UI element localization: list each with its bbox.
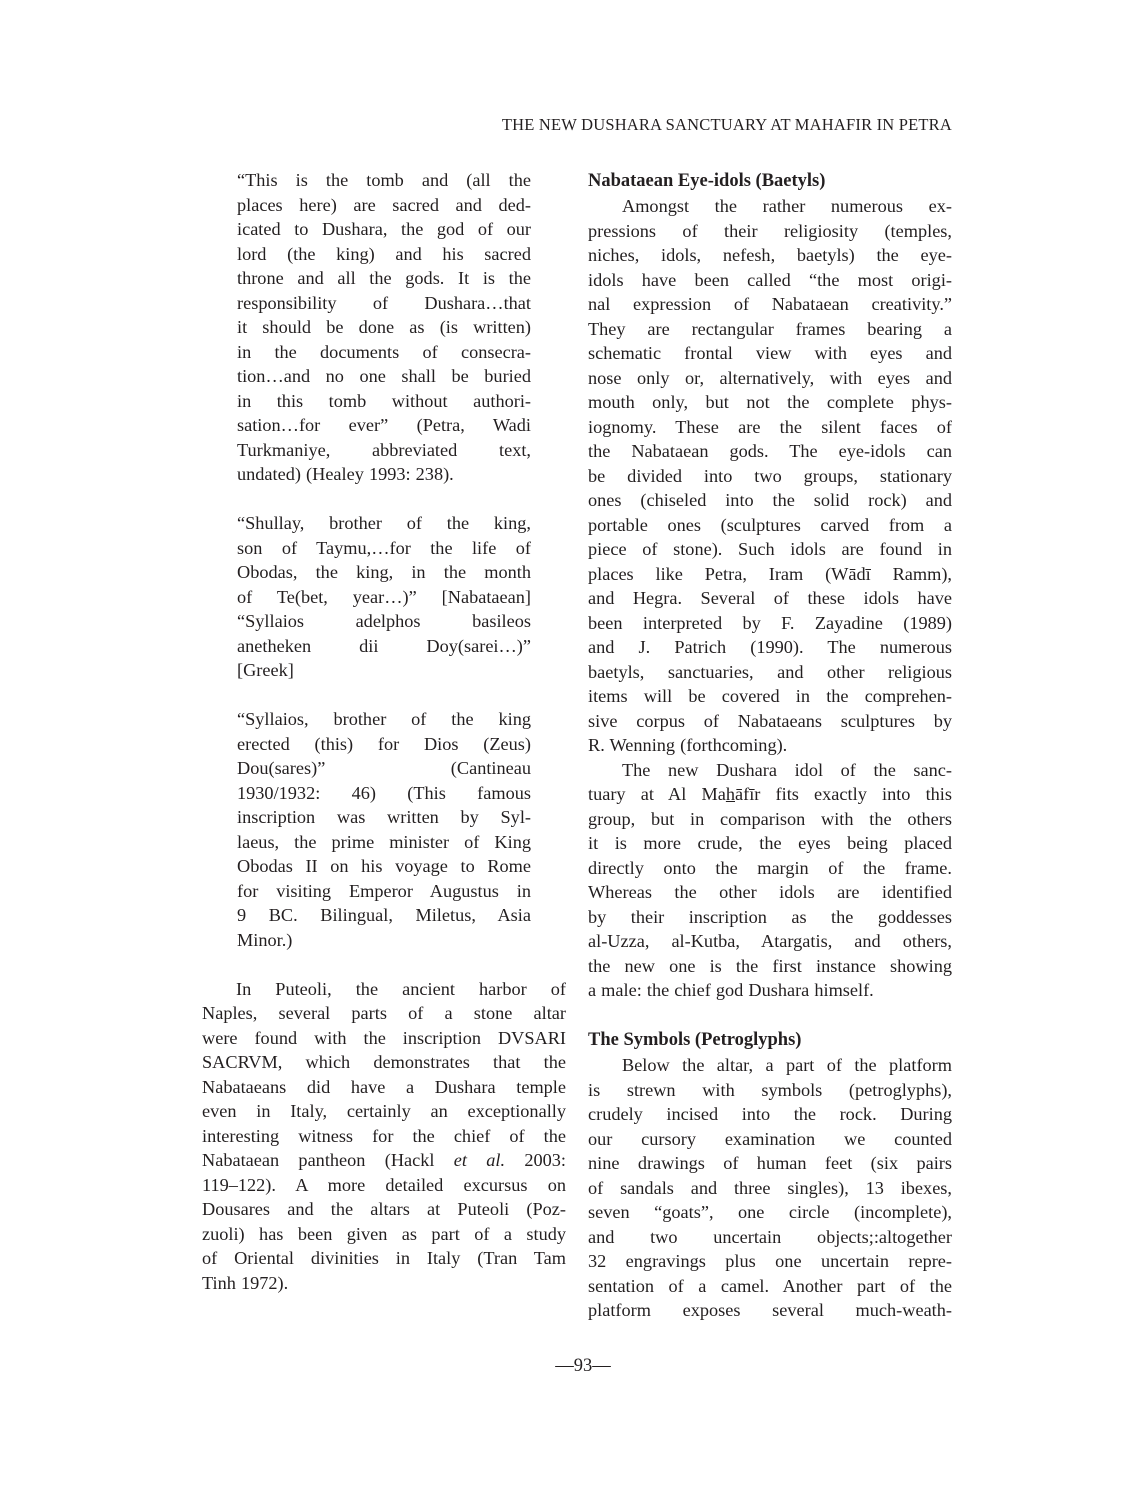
text-line: “Syllaios, brother of the king bbox=[237, 707, 531, 732]
text-line: “Shullay, brother of the king, bbox=[237, 511, 531, 536]
block-quote-tomb-inscription: “This is the tomb and (all the places he… bbox=[202, 168, 566, 487]
text-line: interesting witness for the chief of the bbox=[202, 1124, 566, 1149]
text-line: in the documents of consecra- bbox=[237, 340, 531, 365]
text-fragment: tuary at Al Ma bbox=[588, 784, 726, 804]
text-line: iognomy. These are the silent faces of bbox=[588, 415, 952, 440]
text-line: 32 engravings plus one uncertain repre- bbox=[588, 1249, 952, 1274]
text-line: it is more crude, the eyes being placed bbox=[588, 831, 952, 856]
text-line: 1930/1932: 46) (This famous bbox=[237, 781, 531, 806]
text-line: [Greek] bbox=[237, 658, 531, 683]
text-line: even in Italy, certainly an exceptionall… bbox=[202, 1099, 566, 1124]
text-line: SACRVM, which demonstrates that the bbox=[202, 1050, 566, 1075]
text-line: son of Taymu,…for the life of bbox=[237, 536, 531, 561]
paragraph-eye-idols: Amongst the rather numerous ex- pression… bbox=[588, 194, 952, 758]
text-line: Whereas the other idols are identified bbox=[588, 880, 952, 905]
text-line: Tinh 1972). bbox=[202, 1271, 566, 1296]
text-line: places here) are sacred and ded- bbox=[237, 193, 531, 218]
text-line: of Te(bet, year…)” [Nabataean] bbox=[237, 585, 531, 610]
text-line: Obodas II on his voyage to Rome bbox=[237, 854, 531, 879]
text-line: sive corpus of Nabataeans sculptures by bbox=[588, 709, 952, 734]
text-line: ones (chiseled into the solid rock) and bbox=[588, 488, 952, 513]
text-line: “Syllaios adelphos basileos bbox=[237, 609, 531, 634]
text-line: of sandals and three singles), 13 ibexes… bbox=[588, 1176, 952, 1201]
block-quote-shullay-inscription: “Shullay, brother of the king, son of Ta… bbox=[202, 511, 566, 683]
text-line: nal expression of Nabataean creativity.” bbox=[588, 292, 952, 317]
text-line: by their inscription as the goddesses bbox=[588, 905, 952, 930]
text-line: idols have been called “the most origi- bbox=[588, 268, 952, 293]
underlined-h: h bbox=[726, 784, 735, 804]
text-line: lord (the king) and his sacred bbox=[237, 242, 531, 267]
text-line: group, but in comparison with the others bbox=[588, 807, 952, 832]
text-line: In Puteoli, the ancient harbor of bbox=[202, 977, 566, 1002]
text-line: icated to Dushara, the god of our bbox=[237, 217, 531, 242]
text-line: crudely incised into the rock. During bbox=[588, 1102, 952, 1127]
text-line: 119–122). A more detailed excursus on bbox=[202, 1173, 566, 1198]
spacer bbox=[202, 487, 566, 512]
section-heading-eye-idols: Nabataean Eye-idols (Baetyls) bbox=[588, 168, 952, 194]
text-line: and two uncertain objects;:altogether bbox=[588, 1225, 952, 1250]
text-line: zuoli) has been given as part of a study bbox=[202, 1222, 566, 1247]
text-line: Below the altar, a part of the platform bbox=[588, 1053, 952, 1078]
text-line-with-transliteration: tuary at Al Mahāfīr fits exactly into th… bbox=[588, 782, 952, 807]
text-line: is strewn with symbols (petroglyphs), bbox=[588, 1078, 952, 1103]
text-line: niches, idols, nefesh, baetyls) the eye- bbox=[588, 243, 952, 268]
text-line: Dousares and the altars at Puteoli (Poz- bbox=[202, 1197, 566, 1222]
text-fragment: 2003: bbox=[505, 1150, 566, 1170]
text-line: in this tomb without authori- bbox=[237, 389, 531, 414]
text-line: Obodas, the king, in the month bbox=[237, 560, 531, 585]
text-line: our cursory examination we counted bbox=[588, 1127, 952, 1152]
text-line: R. Wenning (forthcoming). bbox=[588, 733, 952, 758]
text-line: mouth only, but not the complete phys- bbox=[588, 390, 952, 415]
text-line: Minor.) bbox=[237, 928, 531, 953]
text-line: “This is the tomb and (all the bbox=[237, 168, 531, 193]
text-line: items will be covered in the comprehen- bbox=[588, 684, 952, 709]
text-line: baetyls, sanctuaries, and other religiou… bbox=[588, 660, 952, 685]
text-line: it should be done as (is written) bbox=[237, 315, 531, 340]
text-line: were found with the inscription DVSARI bbox=[202, 1026, 566, 1051]
section-heading-symbols: The Symbols (Petroglyphs) bbox=[588, 1027, 952, 1053]
text-line: Dou(sares)” (Cantineau bbox=[237, 756, 531, 781]
text-line: the new one is the first instance showin… bbox=[588, 954, 952, 979]
text-line: piece of stone). Such idols are found in bbox=[588, 537, 952, 562]
text-line: schematic frontal view with eyes and bbox=[588, 341, 952, 366]
text-line: a male: the chief god Dushara himself. bbox=[588, 978, 952, 1003]
text-line: Amongst the rather numerous ex- bbox=[588, 194, 952, 219]
text-line: The new Dushara idol of the sanc- bbox=[588, 758, 952, 783]
text-line: Turkmaniye, abbreviated text, bbox=[237, 438, 531, 463]
text-line: sentation of a camel. Another part of th… bbox=[588, 1274, 952, 1299]
text-line: Nabataeans did have a Dushara temple bbox=[202, 1075, 566, 1100]
text-line: for visiting Emperor Augustus in bbox=[237, 879, 531, 904]
text-line: directly onto the margin of the frame. bbox=[588, 856, 952, 881]
block-quote-syllaios-inscription: “Syllaios, brother of the king erected (… bbox=[202, 707, 566, 952]
spacer bbox=[588, 1003, 952, 1028]
text-line: 9 BC. Bilingual, Miletus, Asia bbox=[237, 903, 531, 928]
text-line: places like Petra, Iram (Wādī Ramm), bbox=[588, 562, 952, 587]
text-line: pressions of their religiosity (temples, bbox=[588, 219, 952, 244]
text-line: throne and all the gods. It is the bbox=[237, 266, 531, 291]
text-line: laeus, the prime minister of King bbox=[237, 830, 531, 855]
running-head: THE NEW DUSHARA SANCTUARY AT MAHAFIR IN … bbox=[448, 115, 952, 135]
text-line: seven “goats”, one circle (incomplete), bbox=[588, 1200, 952, 1225]
text-line: been interpreted by F. Zayadine (1989) bbox=[588, 611, 952, 636]
text-fragment: āfīr fits exactly into this bbox=[735, 784, 952, 804]
text-line: inscription was written by Syl- bbox=[237, 805, 531, 830]
text-line: the Nabataean gods. The eye-idols can bbox=[588, 439, 952, 464]
text-line: tion…and no one shall be buried bbox=[237, 364, 531, 389]
left-column: “This is the tomb and (all the places he… bbox=[202, 168, 566, 1295]
text-line: They are rectangular frames bearing a bbox=[588, 317, 952, 342]
text-line: anetheken dii Doy(sarei…)” bbox=[237, 634, 531, 659]
text-line: erected (this) for Dios (Zeus) bbox=[237, 732, 531, 757]
right-column: Nabataean Eye-idols (Baetyls) Amongst th… bbox=[588, 168, 952, 1323]
text-line: sation…for ever” (Petra, Wadi bbox=[237, 413, 531, 438]
text-line: platform exposes several much-weath- bbox=[588, 1298, 952, 1323]
text-line: of Oriental divinities in Italy (Tran Ta… bbox=[202, 1246, 566, 1271]
text-line: and J. Patrich (1990). The numerous bbox=[588, 635, 952, 660]
text-line: responsibility of Dushara…that bbox=[237, 291, 531, 316]
paragraph-petroglyphs: Below the altar, a part of the platform … bbox=[588, 1053, 952, 1323]
text-line-with-citation: Nabataean pantheon (Hackl et al. 2003: bbox=[202, 1148, 566, 1173]
text-line: nine drawings of human feet (six pairs bbox=[588, 1151, 952, 1176]
text-line: Naples, several parts of a stone altar bbox=[202, 1001, 566, 1026]
paragraph-new-dushara-idol: The new Dushara idol of the sanc- tuary … bbox=[588, 758, 952, 1003]
paragraph-puteoli: In Puteoli, the ancient harbor of Naples… bbox=[202, 977, 566, 1296]
text-line: and Hegra. Several of these idols have bbox=[588, 586, 952, 611]
text-line: nose only or, alternatively, with eyes a… bbox=[588, 366, 952, 391]
page-number: —93— bbox=[0, 1356, 1126, 1377]
text-line: portable ones (sculptures carved from a bbox=[588, 513, 952, 538]
text-line: undated) (Healey 1993: 238). bbox=[237, 462, 531, 487]
italic-et-al: et al. bbox=[454, 1150, 505, 1170]
text-fragment: Nabataean pantheon (Hackl bbox=[202, 1150, 454, 1170]
text-line: be divided into two groups, stationary bbox=[588, 464, 952, 489]
spacer bbox=[202, 952, 566, 977]
spacer bbox=[202, 683, 566, 708]
text-line: al-Uzza, al-Kutba, Atargatis, and others… bbox=[588, 929, 952, 954]
